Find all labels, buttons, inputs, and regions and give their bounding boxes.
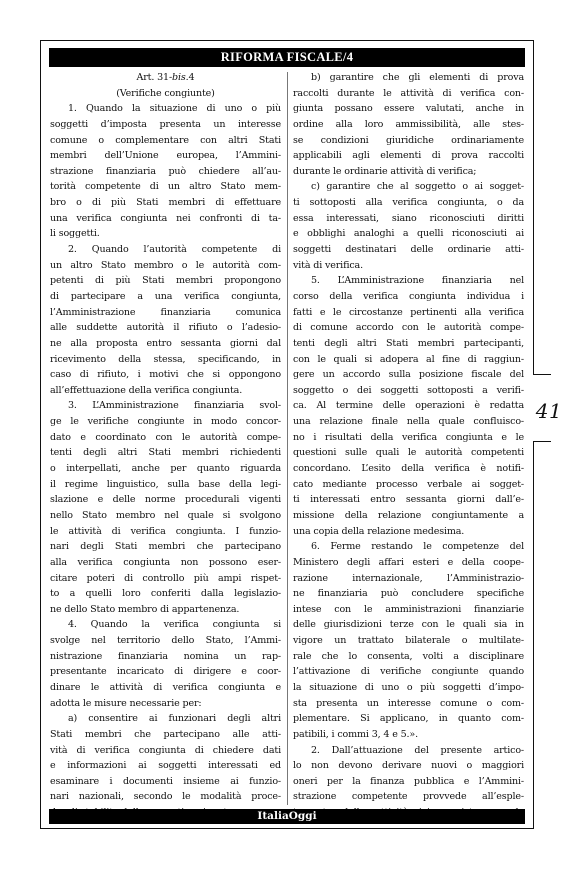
text-line: o interpellati, anche per quanto riguard…	[50, 461, 281, 477]
text-line: petenti di più Stati membri propongono	[50, 273, 281, 289]
text-line: e informazioni ai soggetti interessati e…	[50, 758, 281, 774]
text-line: soggetti destinatari delle ordinarie att…	[293, 242, 524, 258]
text-line: adotta le misure necessarie per:	[50, 696, 281, 712]
text-line: le attività di verifica congiunta. I fun…	[50, 524, 281, 540]
page-frame-top-border	[40, 40, 534, 41]
text-line: tenti degli altri Stati membri richieden…	[50, 445, 281, 461]
text-line: ti interessati entro sessanta giorni dal…	[293, 492, 524, 508]
text-line: raccolti durante le attività di verifica…	[293, 86, 524, 102]
text-line: Stati membri che partecipano alle atti-	[50, 727, 281, 743]
text-line: caso di rifiuto, i motivi che si oppongo…	[50, 367, 281, 383]
text-line: soggetto o dei soggetti sottoposti a ver…	[293, 383, 524, 399]
text-line: dinare le attività di verifica congiunta…	[50, 680, 281, 696]
text-line: razione internazionale, l’Amministrazio-	[293, 571, 524, 587]
article-number-italic: bis	[172, 72, 186, 83]
text-line: ca. Al termine delle operazioni è redatt…	[293, 398, 524, 414]
text-line: no i risultati della verifica congiunta …	[293, 430, 524, 446]
text-line: ge le verifiche congiunte in modo concor…	[50, 414, 281, 430]
section-title: RIFORMA FISCALE/4	[221, 50, 354, 64]
text-line: c) garantire che al soggetto o ai sogget…	[293, 179, 524, 195]
text-line: ti sottoposti alla verifica congiunta, o…	[293, 195, 524, 211]
publication-logo: ItaliaOggi	[257, 810, 316, 822]
page-number-bracket-top	[533, 374, 551, 375]
text-line: ne dello Stato membro di appartenenza.	[50, 602, 281, 618]
text-line: slazione e delle norme procedurali vigen…	[50, 492, 281, 508]
text-line: intese con le amministrazioni finanziari…	[293, 602, 524, 618]
text-line: se condizioni giuridiche ordinariamente	[293, 133, 524, 149]
text-line: Ministero degli affari esteri e della co…	[293, 555, 524, 571]
text-line: e obblighi analoghi a quelli riconosciut…	[293, 226, 524, 242]
text-line: nari degli Stati membri che partecipano	[50, 539, 281, 555]
text-line: alle suddette autorità il rifiuto o l’ad…	[50, 320, 281, 336]
text-line: essa interessati, siano riconosciuti dir…	[293, 211, 524, 227]
article-subtitle: (Verifiche congiunte)	[50, 86, 281, 102]
text-line: 6. Ferme restando le competenze del	[293, 539, 524, 555]
right-column-paragraphs: b) garantire che gli elementi di provara…	[293, 70, 524, 821]
text-line: con le quali si adopera al fine di raggi…	[293, 352, 524, 368]
text-line: svolge nel territorio dello Stato, l’Amm…	[50, 633, 281, 649]
text-line: di comune accordo con le autorità compe-	[293, 320, 524, 336]
text-line: soggetti d’imposta presenta un interesse	[50, 117, 281, 133]
right-text-column: b) garantire che gli elementi di provara…	[293, 70, 524, 821]
text-line: torità competente di un altro Stato mem-	[50, 179, 281, 195]
text-line: 3. L’Amministrazione finanziaria svol-	[50, 398, 281, 414]
text-line: nistrazione finanziaria nomina un rap-	[50, 649, 281, 665]
text-line: strazione competente provvede all’esple-	[293, 789, 524, 805]
text-line: corso della verifica congiunta individua…	[293, 289, 524, 305]
text-line: ne alla proposta entro sessanta giorni d…	[50, 336, 281, 352]
text-line: un altro Stato membro o le autorità com-	[50, 258, 281, 274]
text-line: 2. Quando l’autorità competente di	[50, 242, 281, 258]
text-line: ne finanziaria può concludere specifiche	[293, 586, 524, 602]
text-line: nello Stato membro nel quale si svolgono	[50, 508, 281, 524]
text-line: all’effettuazione della verifica congiun…	[50, 383, 281, 399]
text-line: alla verifica congiunta non possono eser…	[50, 555, 281, 571]
page-frame-right-border-upper	[533, 40, 534, 375]
text-line: to a quelli loro conferiti dalla legisla…	[50, 586, 281, 602]
page-number: 41	[534, 399, 564, 423]
page-frame-bottom-border	[40, 828, 534, 829]
article-number-prefix: Art. 31-	[137, 72, 173, 83]
text-line: oneri per la finanza pubblica e l’Ammini…	[293, 774, 524, 790]
text-line: 5. L’Amministrazione finanziaria nel	[293, 273, 524, 289]
publication-footer-bar: ItaliaOggi	[49, 809, 525, 824]
article-number: Art. 31-bis.4	[50, 70, 281, 86]
text-line: bro o di più Stati membri di effettuare	[50, 195, 281, 211]
text-line: fatti e le circostanze pertinenti alla v…	[293, 305, 524, 321]
article-number-suffix: .4	[186, 72, 195, 83]
text-line: vigore un trattato bilaterale o multilat…	[293, 633, 524, 649]
text-line: una relazione finale nella quale conflui…	[293, 414, 524, 430]
text-line: 1. Quando la situazione di uno o più	[50, 101, 281, 117]
text-line: questioni sulle quali le autorità compet…	[293, 445, 524, 461]
text-line: presentante incaricato di dirigere e coo…	[50, 664, 281, 680]
text-line: vità di verifica congiunta di chiedere d…	[50, 743, 281, 759]
text-line: dato e coordinato con le autorità compe-	[50, 430, 281, 446]
text-line: l’Amministrazione finanziaria comunica	[50, 305, 281, 321]
left-column-paragraphs: 1. Quando la situazione di uno o piùsogg…	[50, 101, 281, 820]
text-line: l’attivazione di verifiche congiunte qua…	[293, 664, 524, 680]
text-line: concordano. L’esito della verifica è not…	[293, 461, 524, 477]
text-line: plementare. Si applicano, in quanto com-	[293, 711, 524, 727]
text-line: giunta possano essere valutati, anche in	[293, 101, 524, 117]
text-line: cato mediante processo verbale ai sogget…	[293, 477, 524, 493]
text-line: vità di verifica.	[293, 258, 524, 274]
text-line: citare poteri di controllo più ampi risp…	[50, 571, 281, 587]
text-line: patibili, i commi 3, 4 e 5.».	[293, 727, 524, 743]
text-line: la situazione di uno o più soggetti d’im…	[293, 680, 524, 696]
left-text-column: Art. 31-bis.4 (Verifiche congiunte) 1. Q…	[50, 70, 281, 821]
text-line: missione della relazione congiuntamente …	[293, 508, 524, 524]
text-line: delle giurisdizioni terze con le quali s…	[293, 617, 524, 633]
page-number-bracket-bottom	[533, 441, 551, 442]
page-frame-left-border	[40, 40, 41, 829]
text-line: strazione finanziaria può chiedere all’a…	[50, 164, 281, 180]
text-line: applicabili agli elementi di prova racco…	[293, 148, 524, 164]
page-frame-right-border-lower	[533, 441, 534, 829]
text-line: di partecipare a una verifica congiunta,	[50, 289, 281, 305]
text-line: a) consentire ai funzionari degli altri	[50, 711, 281, 727]
text-line: durante le ordinarie attività di verific…	[293, 164, 524, 180]
text-line: sta presenta un interesse comune o com-	[293, 696, 524, 712]
text-line: gere un accordo sulla posizione fiscale …	[293, 367, 524, 383]
text-line: li soggetti.	[50, 226, 281, 242]
text-line: il regime linguistico, sulla base della …	[50, 477, 281, 493]
text-line: membri dell’Unione europea, l’Ammini-	[50, 148, 281, 164]
text-line: rale che lo consenta, volti a disciplina…	[293, 649, 524, 665]
text-line: 4. Quando la verifica congiunta si	[50, 617, 281, 633]
text-line: lo non devono derivare nuovi o maggiori	[293, 758, 524, 774]
text-line: comune o complementare con altri Stati	[50, 133, 281, 149]
section-header-bar: RIFORMA FISCALE/4	[49, 48, 525, 67]
text-line: nari nazionali, secondo le modalità proc…	[50, 789, 281, 805]
text-line: ordine alla loro ammissibilità, alle ste…	[293, 117, 524, 133]
text-line: 2. Dall’attuazione del presente artico-	[293, 743, 524, 759]
text-line: una verifica congiunta nei confronti di …	[50, 211, 281, 227]
text-line: tenti degli altri Stati membri partecipa…	[293, 336, 524, 352]
text-line: esaminare i documenti insieme ai funzio-	[50, 774, 281, 790]
column-divider	[287, 72, 288, 805]
text-line: una copia della relazione medesima.	[293, 524, 524, 540]
text-line: b) garantire che gli elementi di prova	[293, 70, 524, 86]
text-line: ricevimento della stessa, specificando, …	[50, 352, 281, 368]
